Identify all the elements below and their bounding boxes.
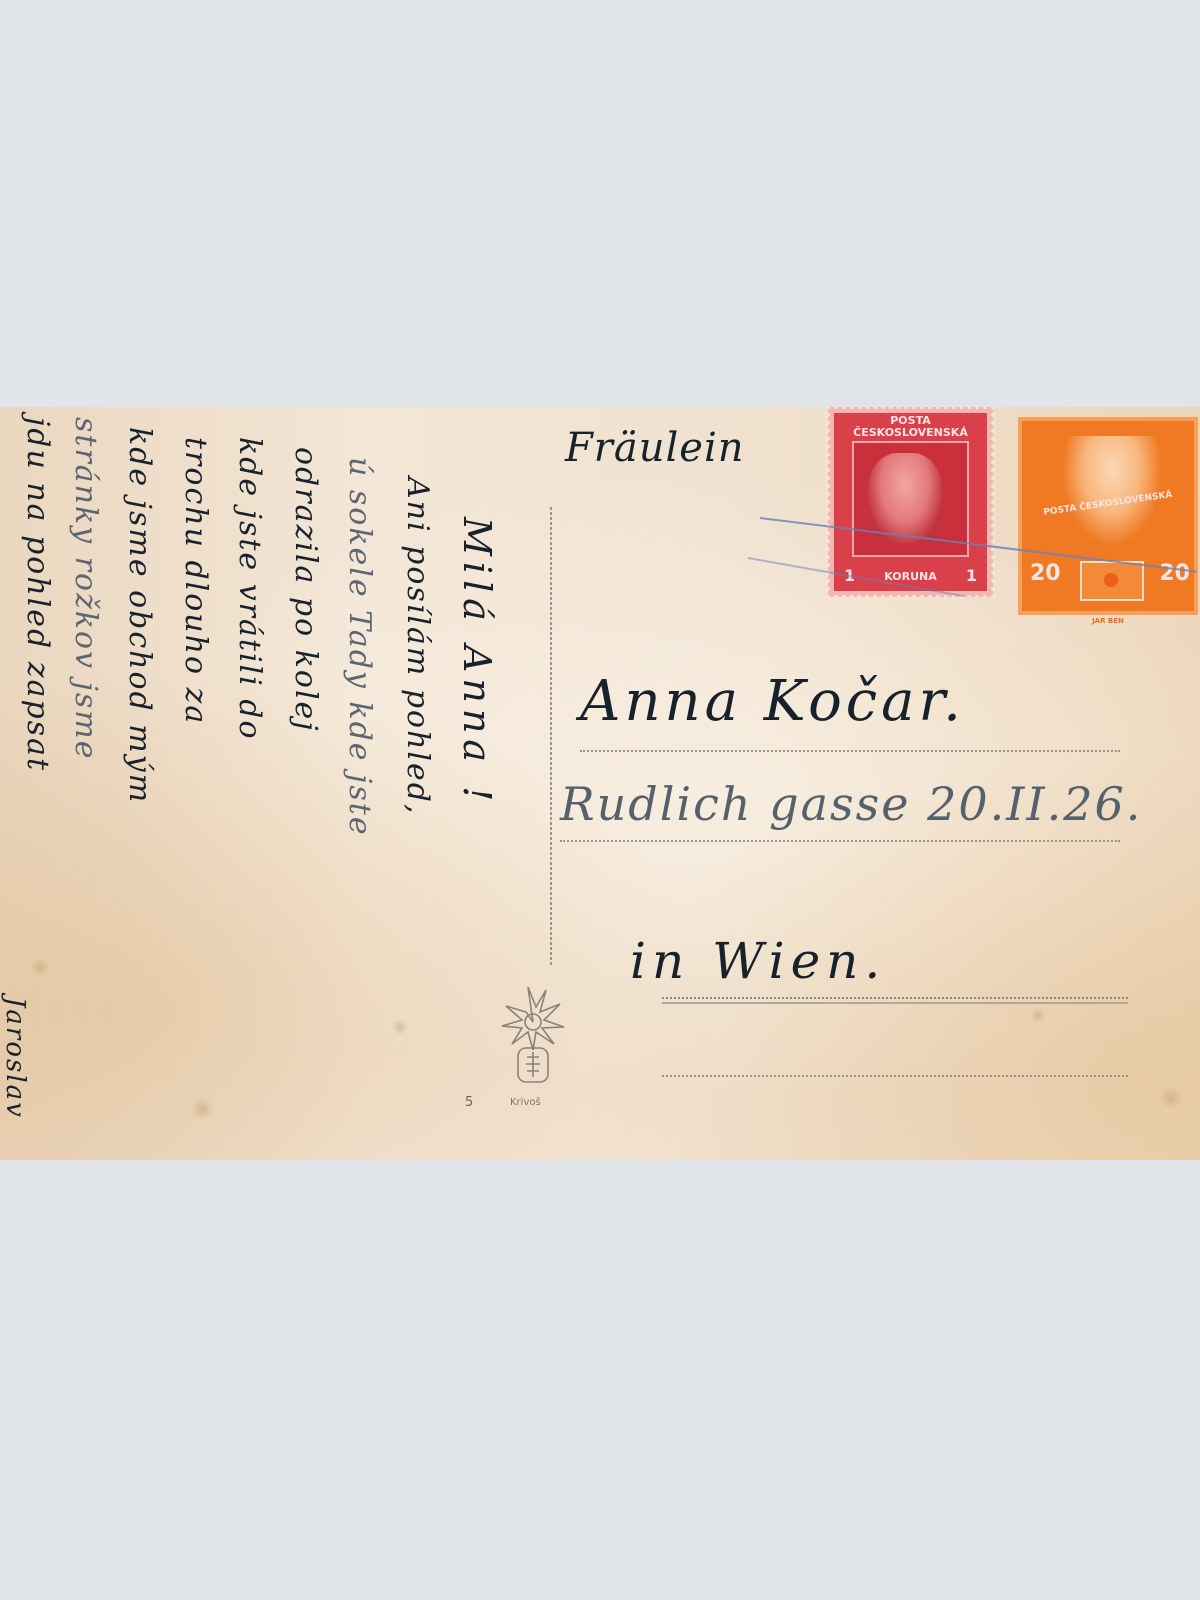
stain: [1160, 1087, 1182, 1109]
address-street: Rudlich gasse 20.II.26.: [560, 777, 1142, 831]
stain: [30, 957, 50, 977]
stamp-value-right: 1: [966, 566, 977, 585]
postcard-back: Milá Anna ! Ani posílám pohled, ú sokele…: [0, 407, 1200, 1160]
message-signature: Jaroslav: [0, 997, 30, 1119]
address-line: [662, 1075, 1128, 1077]
address-line: [662, 997, 1128, 999]
edelweiss-shield-icon: [498, 982, 568, 1092]
stain: [190, 1097, 214, 1121]
stamp-1-koruna: POSTA ČESKOSLOVENSKÁ 1 KORUNA 1: [828, 407, 993, 597]
message-line: stránky rožkov jsme: [68, 417, 103, 761]
message-line: ú sokele Tady kde jste: [342, 457, 377, 837]
message-line: Ani posílám pohled,: [400, 477, 435, 816]
address-divider: [550, 507, 552, 967]
stamp-country: POSTA ČESKOSLOVENSKÁ: [834, 415, 987, 439]
address-city: in Wien.: [630, 932, 886, 990]
address-line: [580, 750, 1120, 752]
message-line: trochu dlouho za: [178, 437, 213, 725]
address-name: Anna Kočar.: [580, 669, 965, 734]
portrait-icon: [868, 453, 942, 543]
envelope-icon: [1080, 561, 1144, 601]
stamp-value-right: 20: [1159, 561, 1190, 586]
message-line: kde jsme obchod mým: [122, 427, 157, 804]
message-line: kde jste vrátili do: [232, 437, 267, 741]
address-line: [662, 1002, 1128, 1004]
stamp-engraver: JAR BEN: [1022, 617, 1194, 625]
message-line: odrazila po kolej: [288, 447, 323, 733]
dove-icon: [1062, 436, 1162, 546]
address-line: [560, 840, 1120, 842]
address-salutation: Fräulein: [565, 425, 745, 471]
stain: [392, 1019, 408, 1035]
message-line: jdu na pohled zapsat: [20, 417, 55, 772]
message-greeting: Milá Anna !: [455, 517, 499, 807]
print-number: 5: [465, 1095, 473, 1110]
stamp-20-haleru: POSTA ČESKOSLOVENSKÁ 20 20 JAR BEN: [1018, 417, 1198, 615]
stamp-value-left: 20: [1030, 561, 1061, 586]
stain: [1030, 1007, 1046, 1023]
publisher-logo-text: Krivoš: [510, 1097, 541, 1108]
